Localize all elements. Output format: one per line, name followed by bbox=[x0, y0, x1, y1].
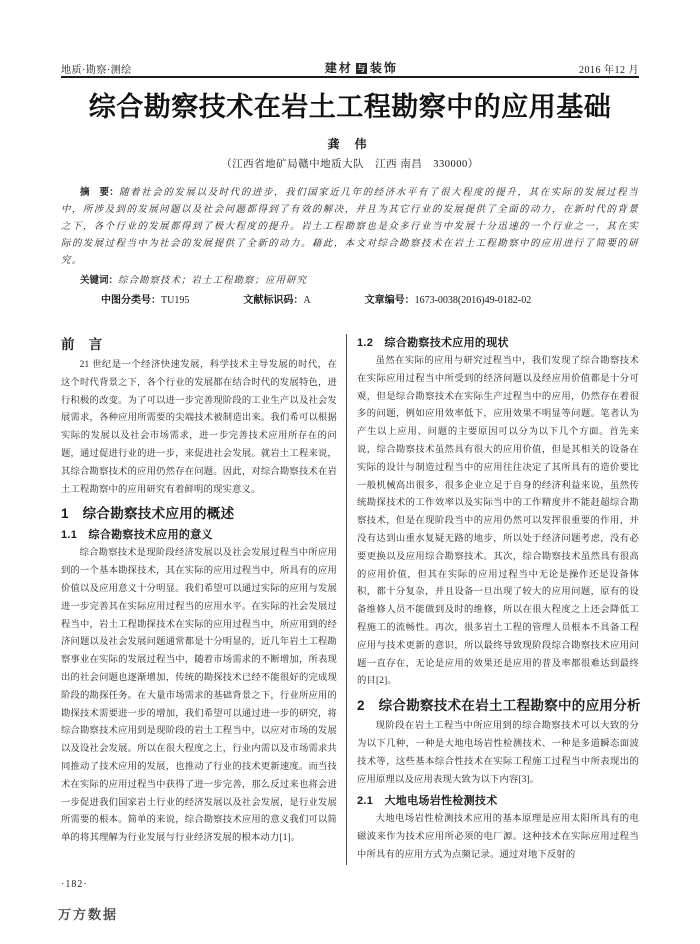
section-heading-1: 1 综合勘察技术应用的概述 bbox=[61, 504, 337, 523]
journal-logo-part1: 建材 bbox=[325, 61, 353, 75]
sub-heading-1-2: 1.2 综合勘察技术应用的现状 bbox=[357, 335, 639, 351]
sub-heading-1-1: 1.1 综合勘察技术应用的意义 bbox=[61, 527, 337, 543]
journal-logo-part2: 装饰 bbox=[370, 61, 398, 75]
paragraph-2: 现阶段在岩土工程当中所应用到的综合勘察技术可以大致的分为以下几种，一种是大地电场… bbox=[357, 718, 639, 789]
author-affiliation: （江西省地矿局赣中地质大队 江西 南昌 330000） bbox=[61, 156, 639, 171]
paragraph-foreword: 21 世纪是一个经济快速发展，科学技术主导发展的时代，在这个时代背景之下，各个行… bbox=[61, 357, 337, 499]
article-id: 文章编号：1673-0038(2016)49-0182-02 bbox=[345, 293, 532, 308]
clc-number: 中图分类号：TU195 bbox=[81, 293, 189, 308]
two-column-body: 前 言 21 世纪是一个经济快速发展，科学技术主导发展的时代，在这个时代背景之下… bbox=[61, 334, 639, 865]
paragraph-1-1: 综合勘察技术是现阶段经济发展以及社会发展过程当中所应用到的一个基本勘探技术，其在… bbox=[61, 545, 337, 848]
page-header: 地质·勘察·测绘 建材与装饰 2016 年12 月 bbox=[61, 0, 639, 78]
column-topic: 地质·勘察·测绘 bbox=[61, 61, 132, 76]
right-column: 1.2 综合勘察技术应用的现状 虽然在实际的应用与研究过程当中，我们发现了综合勘… bbox=[346, 334, 639, 865]
journal-logo: 建材与装饰 bbox=[325, 59, 398, 76]
journal-logo-box-char: 与 bbox=[356, 63, 367, 74]
paragraph-1-2: 虽然在实际的应用与研究过程当中，我们发现了综合勘察技术在实际应用过程当中所受到的… bbox=[357, 353, 639, 691]
left-column: 前 言 21 世纪是一个经济快速发展，科学技术主导发展的时代，在这个时代背景之下… bbox=[61, 334, 346, 865]
page-content: 地质·勘察·测绘 建材与装饰 2016 年12 月 综合勘察技术在岩土工程勘察中… bbox=[61, 0, 639, 865]
abstract-text: 随着社会的发展以及时代的进步，我们国家近几年的经济水平有了很大程度的提升，其在实… bbox=[61, 188, 639, 266]
abstract-label: 摘 要： bbox=[80, 187, 119, 198]
meta-line: 中图分类号：TU195文献标识码：A文章编号：1673-0038(2016)49… bbox=[61, 293, 639, 308]
keywords-line: 关键词：综合勘察技术；岩土工程勘察；应用研究 bbox=[61, 273, 639, 289]
abstract-paragraph: 摘 要：随着社会的发展以及时代的进步，我们国家近几年的经济水平有了很大程度的提升… bbox=[61, 184, 639, 270]
section-heading-foreword: 前 言 bbox=[61, 335, 337, 354]
page-number: ·182· bbox=[61, 879, 88, 890]
keywords-text: 综合勘察技术；岩土工程勘察；应用研究 bbox=[118, 276, 307, 286]
section-heading-2: 2 综合勘察技术在岩土工程勘察中的应用分析 bbox=[357, 696, 639, 715]
document-code: 文献标识码：A bbox=[223, 293, 310, 308]
journal-page: 地质·勘察·测绘 建材与装饰 2016 年12 月 综合勘察技术在岩土工程勘察中… bbox=[0, 0, 700, 944]
paragraph-2-1: 大地电场岩性检测技术应用的基本原理是应用太阳所具有的电磁波来作为技术应用所必须的… bbox=[357, 811, 639, 864]
issue-date: 2016 年12 月 bbox=[579, 61, 639, 76]
wanfang-watermark: 万方数据 bbox=[58, 904, 118, 923]
keywords-label: 关键词： bbox=[80, 275, 118, 286]
sub-heading-2-1: 2.1 大地电场岩性检测技术 bbox=[357, 793, 639, 809]
article-title: 综合勘察技术在岩土工程勘察中的应用基础 bbox=[61, 88, 639, 126]
author-name: 龚 伟 bbox=[61, 135, 639, 152]
